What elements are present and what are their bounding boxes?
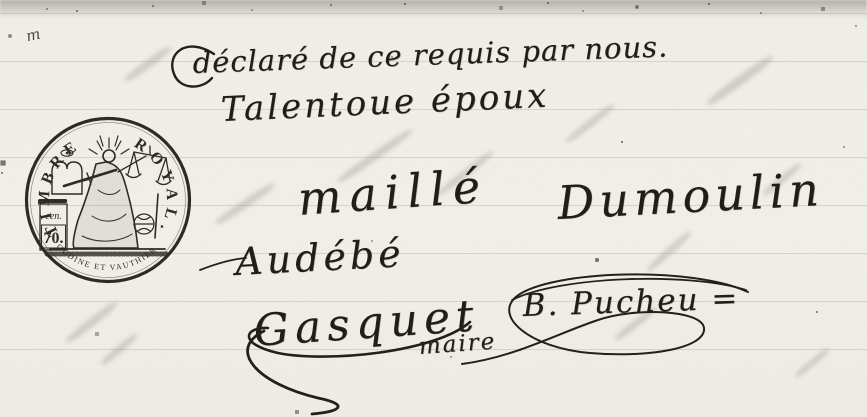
royal-stamp: cen. 70. TIMBRE ROYAL. OUDINE ET VAUTHIE… [22, 114, 194, 286]
scanned-document-page: m [0, 0, 867, 417]
top-edge-grime [0, 0, 867, 18]
radiate-crown-icon [89, 136, 129, 154]
signature-gasquet-title: maire [418, 329, 497, 360]
dust-specks [0, 0, 2, 2]
signature-pucheu: B. Pucheu = [522, 280, 740, 324]
signature-audebe: Audébé [234, 231, 406, 284]
